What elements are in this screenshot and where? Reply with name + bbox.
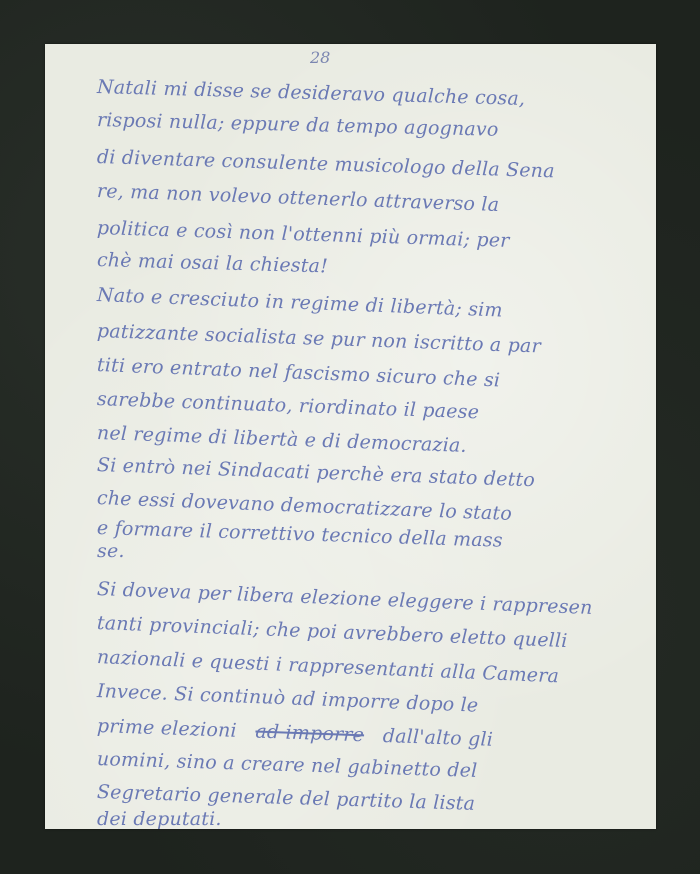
text-line: Si doveva per libera elezione eleggere i… xyxy=(97,578,593,619)
text-line: di diventare consulente musicologo della… xyxy=(97,146,555,182)
text-line: patizzante socialista se pur non iscritt… xyxy=(97,320,542,357)
text-line: dei deputati. xyxy=(97,808,222,830)
text-line: politica e così non l'ottenni più ormai;… xyxy=(97,217,510,252)
text-line: re, ma non volevo ottenerlo attraverso l… xyxy=(97,180,500,216)
text-line: se. xyxy=(97,540,125,562)
text-line: uomini, sino a creare nel gabinetto del xyxy=(97,748,478,782)
text-line: tanti provinciali; che poi avrebbero ele… xyxy=(97,612,568,652)
text-line: chè mai osai la chiesta! xyxy=(97,249,329,277)
text-line: Si entrò nei Sindacati perchè era stato … xyxy=(97,454,536,491)
manuscript-page: 28 Natali mi disse se desideravo qualche… xyxy=(45,44,656,829)
text-line: prime elezioni ad imporre dall'alto gli xyxy=(97,715,494,751)
text-line: risposi nulla; eppure da tempo agognavo xyxy=(97,109,499,141)
struck-through-text: ad imporre xyxy=(255,721,364,747)
text-segment: dall'alto gli xyxy=(382,725,493,751)
text-segment: prime elezioni xyxy=(97,715,238,742)
text-line: titi ero entrato nel fascismo sicuro che… xyxy=(97,354,501,391)
text-line: Natali mi disse se desideravo qualche co… xyxy=(97,76,526,110)
text-line: nazionali e questi i rappresentanti alla… xyxy=(97,646,560,687)
page-number: 28 xyxy=(310,48,330,67)
text-line: Nato e cresciuto in regime di libertà; s… xyxy=(97,284,503,322)
text-line: Invece. Si continuò ad imporre dopo le xyxy=(97,680,479,717)
text-line: sarebbe continuato, riordinato il paese xyxy=(97,388,480,423)
text-line: nel regime di libertà e di democrazia. xyxy=(97,422,467,457)
